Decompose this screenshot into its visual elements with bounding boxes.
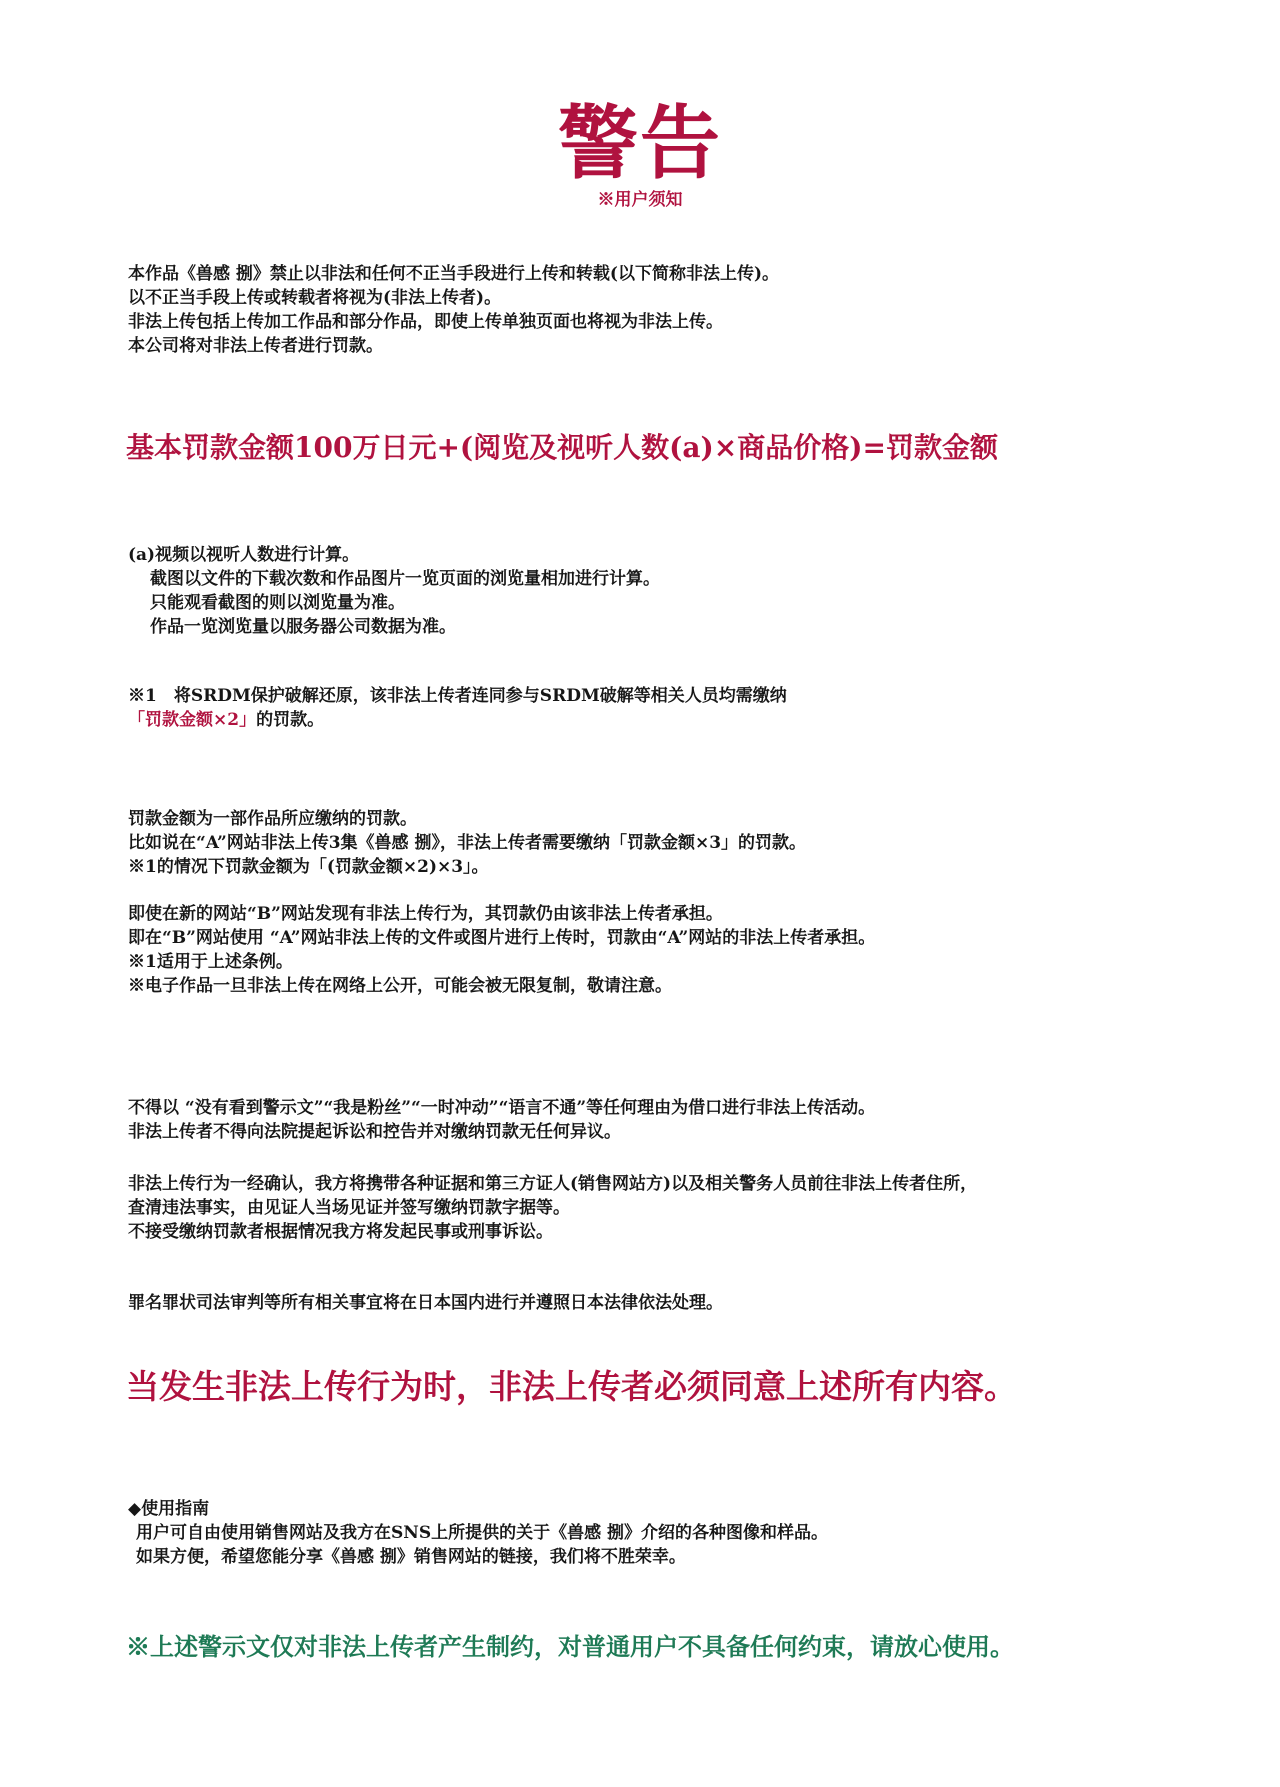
note-1-rest: 的罚款。 — [256, 710, 324, 730]
site-b-line: ※电子作品一旦非法上传在网络上公开，可能会被无限复制，敬请注意。 — [128, 974, 875, 998]
usage-guide: ◆使用指南 用户可自由使用销售网站及我方在SNS上所提供的关于《兽感 捌》介绍的… — [128, 1497, 828, 1569]
fine-scope-line: ※1的情况下罚款金额为「(罚款金额×2)×3」。 — [128, 855, 806, 879]
fine-scope-line: 比如说在“A”网站非法上传3集《兽感 捌》，非法上传者需要缴纳「罚款金额×3」的… — [128, 831, 806, 855]
enforcement-paragraph: 非法上传行为一经确认，我方将携带各种证据和第三方证人(销售网站方)以及相关警务人… — [128, 1172, 977, 1244]
note-a-line: 只能观看截图的则以浏览量为准。 — [128, 591, 660, 615]
fine-x2-highlight: 「罚款金额×2」 — [128, 710, 256, 730]
fine-formula: 基本罚款金额100万日元+(阅览及视听人数(a)×商品价格)=罚款金额 — [126, 428, 998, 468]
intro-paragraph: 本作品《兽感 捌》禁止以非法和任何不正当手段进行上传和转载(以下简称非法上传)。… — [128, 262, 779, 358]
note-1-line: ※1 将SRDM保护破解还原，该非法上传者连同参与SRDM破解等相关人员均需缴纳 — [128, 684, 787, 708]
page-subtitle: ※用户须知 — [0, 188, 1280, 212]
page-title: 警告 — [0, 95, 1280, 191]
intro-line: 以不正当手段上传或转载者将视为(非法上传者)。 — [128, 286, 779, 310]
usage-guide-line: 如果方便，希望您能分享《兽感 捌》销售网站的链接，我们将不胜荣幸。 — [128, 1545, 828, 1569]
enforcement-line: 查清违法事实，由见证人当场见证并签写缴纳罚款字据等。 — [128, 1196, 977, 1220]
usage-guide-heading: ◆使用指南 — [128, 1497, 828, 1521]
intro-line: 非法上传包括上传加工作品和部分作品，即使上传单独页面也将视为非法上传。 — [128, 310, 779, 334]
fine-scope-line: 罚款金额为一部作品所应缴纳的罚款。 — [128, 807, 806, 831]
agreement-statement: 当发生非法上传行为时，非法上传者必须同意上述所有内容。 — [126, 1365, 1017, 1409]
usage-guide-line: 用户可自由使用销售网站及我方在SNS上所提供的关于《兽感 捌》介绍的各种图像和样… — [128, 1521, 828, 1545]
reassurance-note: ※上述警示文仅对非法上传者产生制约，对普通用户不具备任何约束，请放心使用。 — [126, 1630, 1014, 1664]
note-a-line: 作品一览浏览量以服务器公司数据为准。 — [128, 615, 660, 639]
site-b-paragraph: 即使在新的网站“B”网站发现有非法上传行为，其罚款仍由该非法上传者承担。 即在“… — [128, 902, 875, 998]
no-excuse-line: 非法上传者不得向法院提起诉讼和控告并对缴纳罚款无任何异议。 — [128, 1120, 875, 1144]
enforcement-line: 非法上传行为一经确认，我方将携带各种证据和第三方证人(销售网站方)以及相关警务人… — [128, 1172, 977, 1196]
site-b-line: ※1适用于上述条例。 — [128, 950, 875, 974]
intro-line: 本作品《兽感 捌》禁止以非法和任何不正当手段进行上传和转载(以下简称非法上传)。 — [128, 262, 779, 286]
note-a-paragraph: (a)视频以视听人数进行计算。 截图以文件的下载次数和作品图片一览页面的浏览量相… — [128, 543, 660, 639]
intro-line: 本公司将对非法上传者进行罚款。 — [128, 334, 779, 358]
fine-scope-paragraph: 罚款金额为一部作品所应缴纳的罚款。 比如说在“A”网站非法上传3集《兽感 捌》，… — [128, 807, 806, 879]
jurisdiction-text: 罪名罪状司法审判等所有相关事宜将在日本国内进行并遵照日本法律依法处理。 — [128, 1291, 723, 1315]
no-excuse-line: 不得以 “没有看到警示文”“我是粉丝”“一时冲动”“语言不通”等任何理由为借口进… — [128, 1096, 875, 1120]
note-a-line: (a)视频以视听人数进行计算。 — [128, 543, 660, 567]
note-1-line: 「罚款金额×2」的罚款。 — [128, 708, 787, 732]
no-excuse-paragraph: 不得以 “没有看到警示文”“我是粉丝”“一时冲动”“语言不通”等任何理由为借口进… — [128, 1096, 875, 1144]
site-b-line: 即使在新的网站“B”网站发现有非法上传行为，其罚款仍由该非法上传者承担。 — [128, 902, 875, 926]
site-b-line: 即在“B”网站使用 “A”网站非法上传的文件或图片进行上传时，罚款由“A”网站的… — [128, 926, 875, 950]
enforcement-line: 不接受缴纳罚款者根据情况我方将发起民事或刑事诉讼。 — [128, 1220, 977, 1244]
note-a-line: 截图以文件的下载次数和作品图片一览页面的浏览量相加进行计算。 — [128, 567, 660, 591]
note-1-paragraph: ※1 将SRDM保护破解还原，该非法上传者连同参与SRDM破解等相关人员均需缴纳… — [128, 684, 787, 732]
